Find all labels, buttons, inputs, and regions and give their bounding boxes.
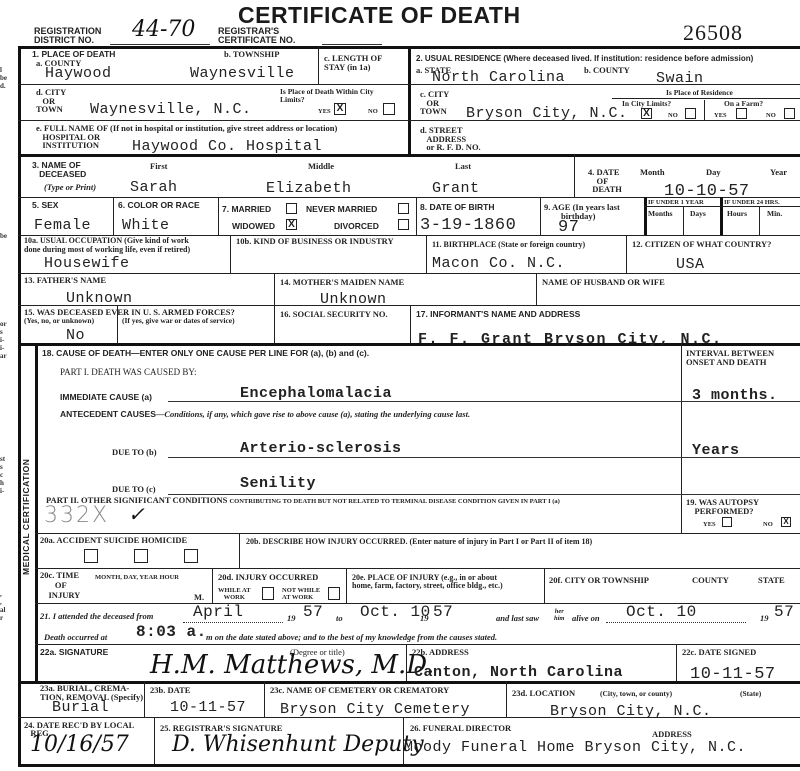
first-name-value: Sarah: [130, 180, 178, 196]
burial-date-label: 23b. DATE: [150, 686, 190, 695]
residence-city-value: Bryson City, N.C.: [466, 106, 628, 122]
due-to-c-value: Senility: [240, 476, 316, 492]
margin-note-mid: be: [0, 232, 7, 240]
citizen-label: 12. CITIZEN OF WHAT COUNTRY?: [632, 240, 771, 249]
registrar-signature: D. Whisenhunt Deputy: [172, 732, 424, 757]
township-label: b. TOWNSHIP: [224, 50, 279, 59]
interval-label: INTERVAL BETWEENONSET AND DEATH: [686, 349, 774, 367]
not-while-at-work-checkbox[interactable]: [328, 587, 340, 600]
never-married-label: NEVER MARRIED: [306, 205, 377, 214]
immediate-interval-value: 3 months.: [692, 388, 778, 404]
attended-from-month: April: [193, 604, 244, 620]
injury-description-label: 20b. DESCRIBE HOW INJURY OCCURRED. (Ente…: [246, 537, 592, 546]
last-saw-year: 57: [774, 604, 794, 620]
location-hint: (City, town, or county): [600, 689, 672, 698]
street-label: d. STREET ADDRESS or R. F. D. NO.: [420, 126, 481, 152]
while-at-work-label: WHILE ATWORK: [218, 587, 251, 601]
informant-label: 17. INFORMANT'S NAME AND ADDRESS: [416, 310, 580, 319]
state-value: North Carolina: [432, 70, 565, 86]
funeral-director-value: Moody Funeral Home Bryson City, N.C.: [404, 740, 746, 756]
occupation-label: 10a. USUAL OCCUPATION (Give kind of work…: [24, 237, 190, 254]
due-to-c-label: DUE TO (c): [112, 485, 156, 494]
location-label: 23d. LOCATION: [512, 689, 575, 698]
armed-forces-sublabel: (Yes, no, or unknown): [24, 317, 94, 325]
in-city-yes-checkbox[interactable]: X: [641, 108, 652, 119]
city-label: d. CITY ORTOWN: [36, 88, 66, 114]
registration-district-value: 44-70: [132, 17, 195, 42]
usual-residence-label: 2. USUAL RESIDENCE (Where deceased lived…: [416, 54, 753, 63]
attended-to-label: to: [336, 614, 343, 623]
age-label: 9. AGE (In years last birthday): [544, 203, 620, 220]
dob-value: 3-19-1860: [420, 218, 516, 234]
year-label: Year: [770, 168, 787, 177]
residence-county-value: Swain: [656, 71, 704, 87]
in-city-no-label: NO: [668, 112, 678, 119]
autopsy-no-checkbox[interactable]: X: [781, 517, 791, 527]
months-label: Months: [648, 210, 673, 218]
death-time-value: 8:03 a.: [136, 624, 207, 640]
informant-value: F. F. Grant Bryson City, N.C.: [418, 332, 723, 348]
cemetery-value: Bryson City Cemetery: [280, 702, 470, 718]
date-of-death-value: 10-10-57: [664, 184, 750, 200]
mother-label: 14. MOTHER'S MAIDEN NAME: [280, 278, 404, 287]
address-label: 22b. ADDRESS: [412, 648, 469, 657]
place-of-residence-label: Is Place of Residence: [666, 89, 733, 97]
time-of-injury-label: 20c. TIME OF INJURY: [40, 570, 80, 600]
date-of-death-label: 4. DATE OF DEATH: [588, 168, 622, 194]
time-of-injury-columns: MONTH, DAY, YEAR HOUR: [95, 574, 179, 581]
within-city-limits-label: Is Place of Death Within CityLimits?: [280, 88, 374, 104]
divorced-label: DIVORCED: [334, 222, 379, 231]
township-value: Waynesville: [190, 66, 295, 82]
on-farm-label: On a Farm?: [724, 100, 763, 108]
attended-label: 21. I attended the deceased from: [40, 612, 153, 621]
city-value: Waynesville, N.C.: [90, 102, 252, 118]
funeral-address-label: ADDRESS: [652, 730, 692, 739]
registration-district-label: REGISTRATIONDISTRICT NO.: [34, 27, 101, 45]
alive-on-label: alive on: [572, 614, 600, 623]
time-m-label: M.: [194, 593, 204, 602]
occupation-value: Housewife: [44, 256, 130, 272]
in-city-no-checkbox[interactable]: [685, 108, 696, 119]
birthplace-value: Macon Co. N.C.: [432, 256, 565, 272]
attended-from-year-prefix: 19: [287, 614, 296, 623]
due-to-b-interval: Years: [692, 443, 740, 459]
medical-certification-label: MEDICAL CERTIFICATION: [21, 459, 31, 575]
under-24-hrs-label: IF UNDER 24 HRS.: [724, 199, 780, 206]
ssn-label: 16. SOCIAL SECURITY NO.: [280, 310, 388, 319]
residence-city-label: c. CITY ORTOWN: [420, 90, 449, 116]
homicide-checkbox[interactable]: [184, 549, 198, 563]
armed-forces-service-label: (If yes, give war or dates of service): [122, 317, 235, 325]
widowed-checkbox[interactable]: X: [286, 219, 297, 230]
days-label: Days: [690, 210, 706, 218]
birthplace-label: 11. BIRTHPLACE (State or foreign country…: [432, 240, 585, 249]
hours-label: Hours: [727, 210, 747, 218]
middle-name-value: Elizabeth: [266, 181, 352, 197]
mother-value: Unknown: [320, 292, 387, 308]
due-to-b-value: Arterio-sclerosis: [240, 441, 402, 457]
injury-state-label: STATE: [758, 576, 785, 585]
within-city-yes-checkbox[interactable]: X: [334, 103, 346, 115]
date-signed-label: 22c. DATE SIGNED: [682, 648, 756, 657]
name-label: 3. NAME OF DECEASED: [32, 161, 86, 178]
part2-code: 332X: [44, 503, 109, 528]
burial-date-value: 10-11-57: [170, 700, 246, 716]
within-city-no-checkbox[interactable]: [383, 103, 395, 115]
never-married-checkbox[interactable]: [398, 203, 409, 214]
autopsy-label: 19. WAS AUTOPSY PERFORMED?: [686, 498, 759, 516]
county-value: Haywood: [45, 66, 112, 82]
divorced-checkbox[interactable]: [398, 219, 409, 230]
degree-label: (Degree or title): [290, 648, 345, 657]
burial-method-value: Burial: [52, 700, 109, 716]
spouse-label: NAME OF HUSBAND OR WIFE: [542, 278, 665, 287]
cause-of-death-header: 18. CAUSE OF DEATH—ENTER ONLY ONE CAUSE …: [42, 349, 369, 358]
not-while-at-work-label: NOT WHILEAT WORK: [282, 587, 320, 601]
margin-note-top: lbed.: [0, 66, 7, 90]
age-value: 97: [558, 220, 579, 236]
certificate-title: CERTIFICATE OF DEATH: [238, 2, 521, 29]
certificate-number: 26508: [683, 20, 743, 46]
race-label: 6. COLOR OR RACE: [118, 201, 200, 210]
margin-note-lower2: stschi-: [0, 455, 5, 495]
antecedent-label: ANTECEDENT CAUSES—Conditions, if any, wh…: [60, 410, 470, 419]
yes-label: YES: [318, 108, 331, 115]
farm-no-label: NO: [766, 112, 776, 119]
business-label: 10b. KIND OF BUSINESS OR INDUSTRY: [236, 237, 394, 246]
location-state-label: (State): [740, 689, 761, 698]
funeral-director-label: 26. FUNERAL DIRECTOR: [410, 724, 511, 733]
residence-county-label: b. COUNTY: [584, 66, 630, 75]
part2-label: PART II. OTHER SIGNIFICANT CONDITIONS CO…: [46, 496, 560, 505]
length-of-stay-label: c. LENGTH OFSTAY (in 1a): [324, 54, 382, 72]
middle-name-label: Middle: [308, 162, 334, 171]
attended-to-year-prefix: 19: [420, 614, 429, 623]
attended-to-year: 57: [433, 604, 453, 620]
father-value: Unknown: [66, 291, 133, 307]
death-time-suffix: m on the date stated above; and to the b…: [206, 633, 497, 642]
day-label: Day: [706, 168, 721, 177]
last-name-label: Last: [455, 162, 471, 171]
injury-county-label: COUNTY: [692, 576, 729, 585]
accident-label: 20a. ACCIDENT SUICIDE HOMICIDE: [40, 536, 187, 545]
widowed-label: WIDOWED: [232, 222, 275, 231]
under-1-year-label: IF UNDER 1 YEAR: [648, 199, 704, 206]
part1-label: PART I. DEATH WAS CAUSED BY:: [60, 368, 197, 377]
signature-label: 22a. SIGNATURE: [40, 648, 108, 657]
address-value: Canton, North Carolina: [414, 665, 623, 681]
farm-yes-label: YES: [714, 112, 727, 119]
citizen-value: USA: [676, 257, 705, 273]
last-saw-value: Oct. 10: [626, 604, 697, 620]
farm-no-checkbox[interactable]: [784, 108, 795, 119]
place-of-injury-label: 20e. PLACE OF INJURY (e.g., in or abouth…: [352, 574, 503, 590]
injury-occurred-label: 20d. INJURY OCCURRED: [218, 573, 318, 582]
autopsy-yes-checkbox[interactable]: [722, 517, 732, 527]
autopsy-no-label: NO: [763, 521, 773, 528]
father-label: 13. FATHER'S NAME: [24, 276, 106, 285]
first-name-label: First: [150, 162, 167, 171]
min-label: Min.: [767, 210, 782, 218]
suicide-checkbox[interactable]: [134, 549, 148, 563]
sex-value: Female: [34, 218, 91, 234]
attended-from-year: 57: [303, 604, 323, 620]
immediate-cause-value: Encephalomalacia: [240, 386, 392, 402]
farm-yes-checkbox[interactable]: [736, 108, 747, 119]
last-name-value: Grant: [432, 181, 480, 197]
registrar-certificate-label: REGISTRAR'SCERTIFICATE NO.: [218, 27, 295, 45]
margin-note-lower: orsi-i-ar: [0, 320, 7, 360]
autopsy-yes-label: YES: [703, 521, 716, 528]
accident-checkbox[interactable]: [84, 549, 98, 563]
while-at-work-checkbox[interactable]: [262, 587, 274, 600]
death-occurred-label: Death occurred at: [44, 633, 107, 642]
part2-checkmark: ✓: [128, 502, 145, 526]
last-saw-year-prefix: 19: [760, 614, 769, 623]
margin-note-lower3: ,,alr: [0, 590, 5, 622]
married-label: 7. MARRIED: [222, 205, 271, 214]
in-city-limits-label: In City Limits?: [622, 100, 671, 108]
month-label: Month: [640, 168, 665, 177]
race-value: White: [122, 218, 170, 234]
dob-label: 8. DATE OF BIRTH: [420, 203, 494, 212]
no-label: NO: [368, 108, 378, 115]
armed-forces-value: No: [66, 328, 85, 344]
married-checkbox[interactable]: [286, 203, 297, 214]
name-type-print-label: (Type or Print): [44, 183, 96, 192]
immediate-cause-label: IMMEDIATE CAUSE (a): [60, 393, 152, 402]
date-received-value: 10/16/57: [30, 732, 129, 757]
last-saw-label: and last saw: [496, 614, 539, 623]
her-him-label: herhim: [554, 608, 564, 622]
due-to-b-label: DUE TO (b): [112, 448, 157, 457]
city-township-label: 20f. CITY OR TOWNSHIP: [549, 576, 649, 585]
sex-label: 5. SEX: [32, 201, 58, 210]
hospital-value: Haywood Co. Hospital: [132, 139, 322, 155]
cemetery-label: 23c. NAME OF CEMETERY OR CREMATORY: [270, 686, 449, 695]
